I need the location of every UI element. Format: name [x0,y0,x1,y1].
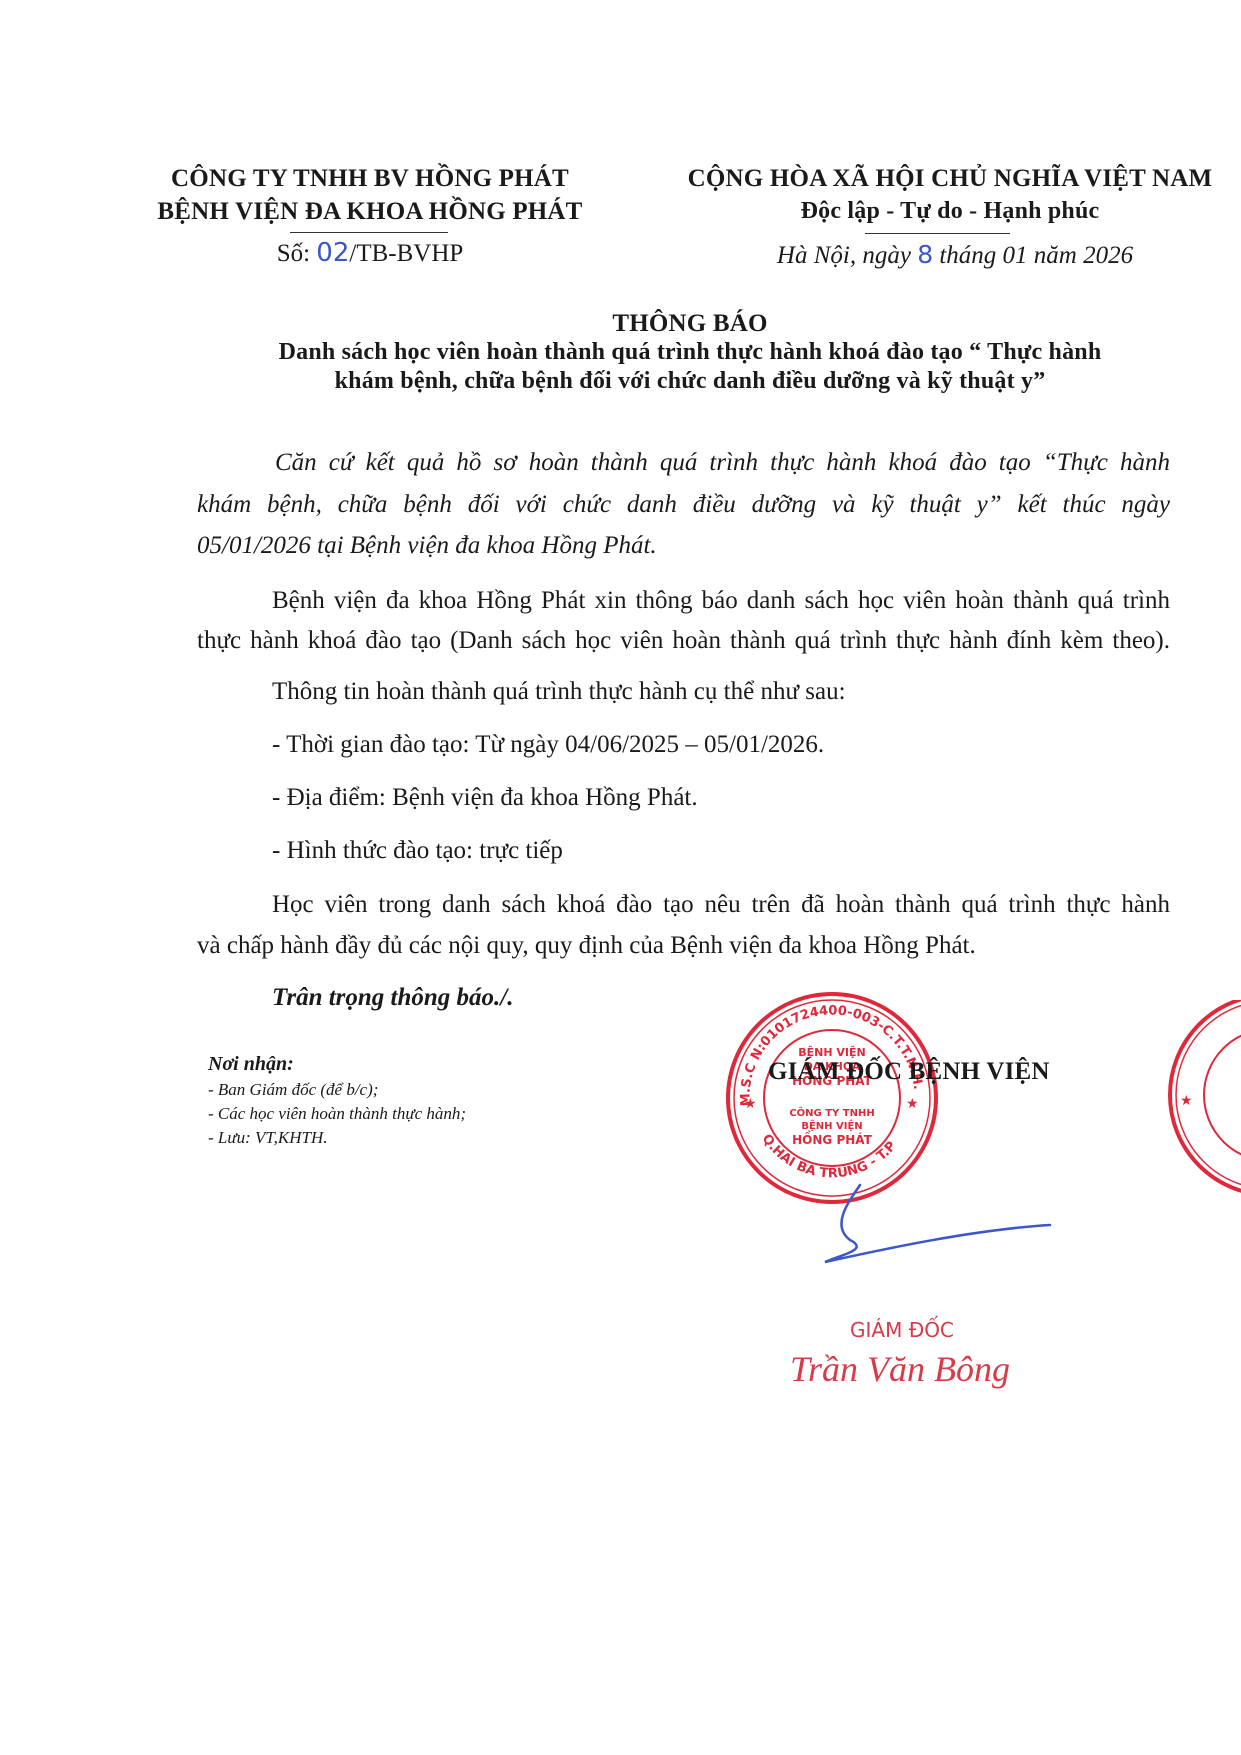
notice-subtitle-line1: Danh sách học viên hoàn thành quá trình … [150,339,1230,366]
header-right-underline [865,233,1010,234]
svg-text:BỆNH VIỆN: BỆNH VIỆN [801,1119,862,1132]
para1-line2: khám bệnh, chữa bệnh đối với chức danh đ… [197,484,1170,526]
notice-heading: THÔNG BÁO [440,310,940,338]
number-prefix: Số: [277,240,317,267]
date-day-handwritten: 8 [917,240,933,269]
header-left-underline [290,232,448,233]
signer-position: GIÁM ĐỐC BỆNH VIỆN [768,1058,1088,1086]
partial-stamp-icon: ★ [1160,1000,1241,1200]
country-name: CỘNG HÒA XÃ HỘI CHỦ NGHĨA VIỆT NAM [660,165,1240,193]
date-suffix: tháng 01 năm 2026 [933,242,1133,269]
date-prefix: Hà Nội, ngày [777,242,917,269]
para4-line2: và chấp hành đầy đủ các nội quy, quy địn… [197,932,976,960]
signer-name: Trần Văn Bông [790,1348,1010,1390]
document-date: Hà Nội, ngày 8 tháng 01 năm 2026 [720,240,1190,270]
closing-text: Trân trọng thông báo./. [272,984,514,1012]
recipient-item: - Các học viên hoàn thành thực hành; [208,1104,466,1124]
para1-line3: 05/01/2026 tại Bệnh viện đa khoa Hồng Ph… [197,532,657,560]
svg-text:★: ★ [744,1096,757,1112]
recipients-heading: Nơi nhận: [208,1053,294,1076]
company-name: CÔNG TY TNHH BV HỒNG PHÁT [170,165,570,193]
para3: Thông tin hoàn thành quá trình thực hành… [272,678,846,706]
info-item-format: - Hình thức đào tạo: trực tiếp [272,837,563,865]
notice-subtitle-line2: khám bệnh, chữa bệnh đối với chức danh đ… [150,368,1230,395]
hospital-name: BỆNH VIỆN ĐA KHOA HỒNG PHÁT [150,198,590,226]
info-item-time: - Thời gian đào tạo: Từ ngày 04/06/2025 … [272,731,824,759]
document-number: Số: 02/TB-BVHP [270,238,470,268]
svg-text:CÔNG TY TNHH: CÔNG TY TNHH [789,1106,874,1119]
svg-text:★: ★ [906,1096,919,1112]
info-item-location: - Địa điểm: Bệnh viện đa khoa Hồng Phát. [272,784,698,812]
signer-title-stamp: GIÁM ĐỐC [850,1318,954,1342]
signature-stroke-icon [820,1180,1060,1270]
number-suffix: /TB-BVHP [349,240,463,267]
svg-text:HỒNG PHÁT: HỒNG PHÁT [792,1130,873,1147]
para1-line1: Căn cứ kết quả hồ sơ hoàn thành quá trìn… [275,442,1170,484]
national-motto: Độc lập - Tự do - Hạnh phúc [710,198,1190,225]
para2-line2: thực hành khoá đào tạo (Danh sách học vi… [197,620,1170,662]
para2-line1: Bệnh viện đa khoa Hồng Phát xin thông bá… [272,580,1170,622]
number-handwritten: 02 [316,238,349,268]
recipient-item: - Ban Giám đốc (để b/c); [208,1080,378,1100]
official-stamp-icon: M.S.C N:0101724400-003-C.T.T.N.H.H. Q.HA… [722,988,942,1208]
para4-line1: Học viên trong danh sách khoá đào tạo nê… [272,884,1170,926]
recipient-item: - Lưu: VT,KHTH. [208,1128,327,1148]
svg-text:★: ★ [1180,1093,1193,1109]
